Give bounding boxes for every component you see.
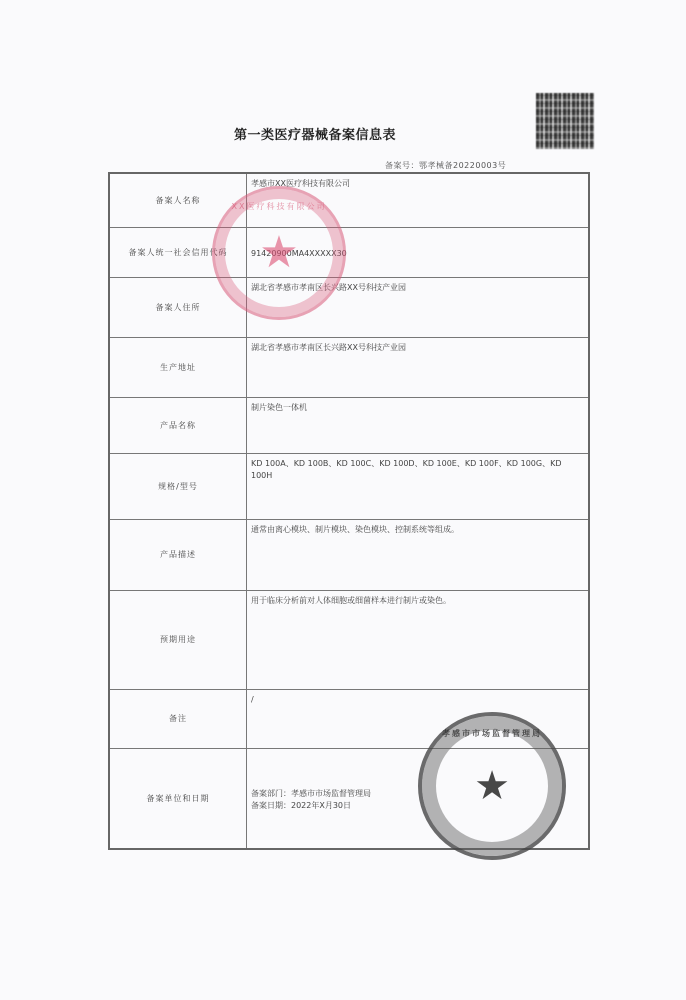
table-row: 备案人统一社会信用代码 91420900MA4XXXXX30 <box>109 227 589 277</box>
table-row: 预期用途 用于临床分析前对人体细胞或细菌样本进行制片或染色。 <box>109 590 589 689</box>
row-label: 备案人名称 <box>109 173 247 227</box>
row-label: 生产地址 <box>109 337 247 397</box>
signature-cell: 备案部门：孝感市市场监督管理局 备案日期：2022年X月30日 <box>247 748 590 849</box>
row-value: 91420900MA4XXXXX30 <box>247 227 590 277</box>
table-row: 备案人名称 孝感市XX医疗科技有限公司 <box>109 173 589 227</box>
table-row: 备案单位和日期 备案部门：孝感市市场监督管理局 备案日期：2022年X月30日 <box>109 748 589 849</box>
row-value: KD 100A、KD 100B、KD 100C、KD 100D、KD 100E、… <box>247 453 590 519</box>
document-title: 第一类医疗器械备案信息表 <box>234 124 474 143</box>
qr-code-icon <box>536 93 594 149</box>
row-value: / <box>247 689 590 748</box>
document-page: 第一类医疗器械备案信息表 备案号：鄂孝械备20220003号 备案人名称 孝感市… <box>0 0 686 1000</box>
row-value: 孝感市XX医疗科技有限公司 <box>247 173 590 227</box>
row-label: 预期用途 <box>109 590 247 689</box>
row-label: 备案单位和日期 <box>109 748 247 849</box>
row-value: 通常由离心模块、制片模块、染色模块、控制系统等组成。 <box>247 519 590 590</box>
record-department: 备案部门：孝感市市场监督管理局 <box>251 788 584 800</box>
table-row: 产品名称 制片染色一体机 <box>109 397 589 453</box>
row-value: 用于临床分析前对人体细胞或细菌样本进行制片或染色。 <box>247 590 590 689</box>
row-value: 湖北省孝感市孝南区长兴路XX号科技产业园 <box>247 277 590 337</box>
row-value: 湖北省孝感市孝南区长兴路XX号科技产业园 <box>247 337 590 397</box>
table-row: 生产地址 湖北省孝感市孝南区长兴路XX号科技产业园 <box>109 337 589 397</box>
row-label: 产品描述 <box>109 519 247 590</box>
record-info-table: 备案人名称 孝感市XX医疗科技有限公司 备案人统一社会信用代码 91420900… <box>108 172 590 850</box>
row-label: 产品名称 <box>109 397 247 453</box>
row-label: 备案人住所 <box>109 277 247 337</box>
table-row: 产品描述 通常由离心模块、制片模块、染色模块、控制系统等组成。 <box>109 519 589 590</box>
record-number: 备案号：鄂孝械备20220003号 <box>385 160 506 171</box>
row-label: 备注 <box>109 689 247 748</box>
table-row: 备注 / <box>109 689 589 748</box>
record-date: 备案日期：2022年X月30日 <box>251 800 584 812</box>
row-label: 备案人统一社会信用代码 <box>109 227 247 277</box>
table-row: 备案人住所 湖北省孝感市孝南区长兴路XX号科技产业园 <box>109 277 589 337</box>
row-label: 规格/型号 <box>109 453 247 519</box>
table-row: 规格/型号 KD 100A、KD 100B、KD 100C、KD 100D、KD… <box>109 453 589 519</box>
row-value: 制片染色一体机 <box>247 397 590 453</box>
